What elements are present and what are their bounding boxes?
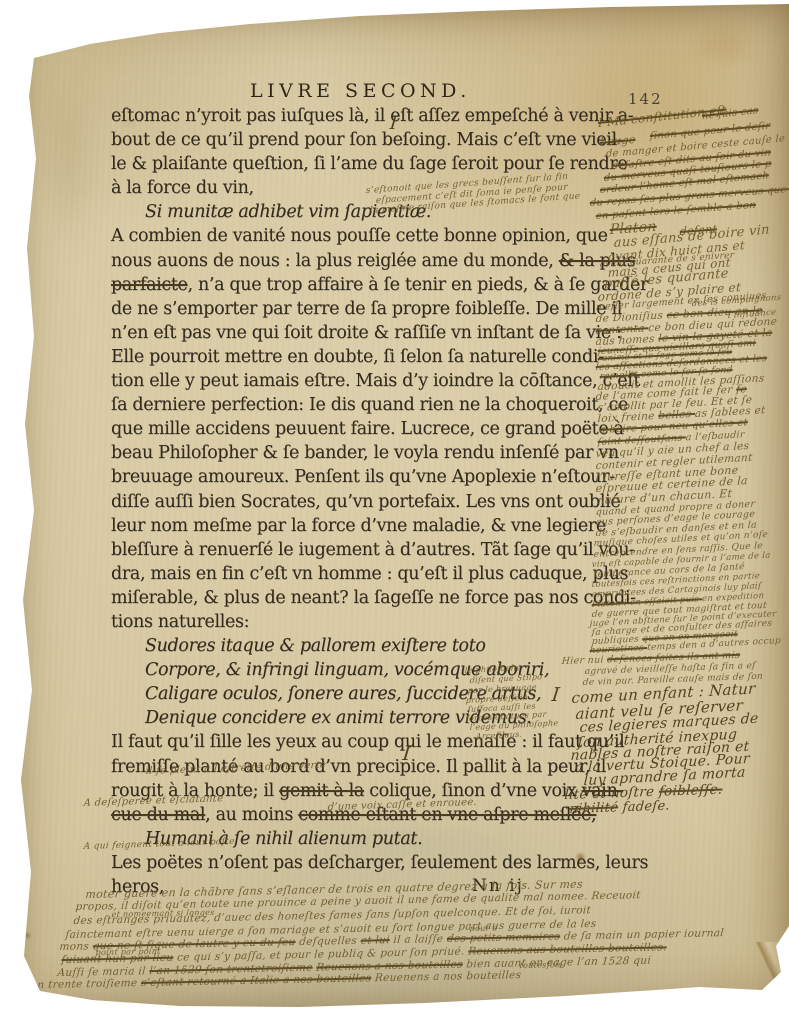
printed-line: n’en eſt pas vne qui ſoit droite & raſſi…	[111, 321, 611, 345]
printed-line: diſſe auſſi bien Socrates, qu’vn portefa…	[111, 490, 611, 514]
printed-line: A combien de vanité nous pouſſe cette bo…	[111, 224, 611, 248]
handwriting: bien auant en eage l’an 1528 qui	[462, 955, 651, 971]
struck-handwriting: des petits memoires	[446, 931, 560, 945]
print-text: n’en eſt pas vne qui ſoit droite & raſſi…	[111, 323, 622, 343]
print-text: Sudores itaque & pallorem exiſtere toto	[145, 636, 486, 656]
struck-handwriting: s’eſtant retourné	[141, 975, 241, 989]
printed-line: tion elle y peut iamais eſtre. Mais d’y …	[111, 369, 611, 393]
printed-line: dra, mais en fin c’eſt vn homme : qu’eſt…	[111, 562, 611, 586]
paper-stain	[688, 962, 780, 1004]
print-text: dra, mais en fin c’eſt vn homme : qu’eſt…	[111, 564, 628, 584]
handwriting: il a laiſſe	[389, 933, 447, 946]
print-text: A combien de vanité nous pouſſe cette bo…	[111, 226, 608, 246]
printed-line: leur nom meſme par la force d’vne maladi…	[111, 514, 611, 538]
quire-mark: 3	[20, 876, 30, 894]
handwritten-annotation: nihilité fadeſe.	[569, 798, 670, 817]
print-text: à la force du vin,	[111, 178, 254, 198]
handwriting: fadeſe.	[618, 798, 671, 815]
printed-line: parfaicte, n’a que trop affaire à ſe ten…	[111, 273, 611, 297]
handwriting: mons	[59, 940, 93, 953]
handwriting: Hier nui	[561, 654, 607, 667]
struck-print-text: cue du mal	[111, 805, 205, 825]
printed-line: de ne s’emporter par terre de ſa propre …	[111, 297, 611, 321]
print-text: tions naturelles:	[111, 612, 249, 632]
printed-line: Sudores itaque & pallorem exiſtere toto	[111, 634, 611, 658]
print-text: leur nom meſme par la force d’vne maladi…	[111, 516, 606, 536]
handwriting: Reuenens a nos bouteilles	[371, 969, 522, 984]
printed-line: Il faut qu’il ſille les yeux au coup qui…	[111, 730, 611, 754]
print-text: diſſe auſſi bien Socrates, qu’vn portefa…	[111, 492, 620, 512]
print-text: bout de ce qu’il prend pour ſon beſoing.…	[111, 130, 622, 150]
printed-line: bleſſure à renuerſé le iugement à d’autr…	[111, 538, 611, 562]
print-text: eſtomac n’yroit pas iuſques là, il eſt a…	[111, 106, 633, 126]
printed-line: breuuage amoureux. Penſent ils qu’vne Ap…	[111, 465, 611, 489]
handwriting: de ſa main un papier iournal	[560, 927, 725, 942]
print-text: le & plaiſante queſtion, ſi l’ame du ſag…	[111, 154, 627, 174]
printed-line: le & plaiſante queſtion, ſi l’ame du ſag…	[111, 152, 611, 176]
struck-handwriting: a nos bouteilles	[283, 972, 372, 986]
print-text: Il faut qu’il ſille les yeux au coup qui…	[111, 732, 624, 752]
print-text: de ne s’emporter par terre de ſa propre …	[111, 299, 622, 319]
printed-line: miſerable, & plus de neant? la ſageſſe n…	[111, 586, 611, 610]
struck-handwriting: a Italie	[239, 974, 283, 987]
printed-line: tions naturelles:	[111, 610, 611, 634]
scanned-book-page-photo: LIVRE SECOND. 142 eſtomac n’yroit pas iu…	[0, 0, 789, 1024]
print-text: nous auons de nous : la plus reiglée ame…	[111, 251, 559, 271]
print-text: beau Philoſopher & ſe bander, le voyla r…	[111, 443, 619, 463]
printed-line: Elle pourroit mettre en doubte, ſi ſelon…	[111, 345, 611, 369]
print-text: bleſſure à renuerſé le iugement à d’autr…	[111, 540, 635, 560]
print-text: que mille accidens peuuent faire. Lucrec…	[111, 419, 624, 439]
print-text: Les poëtes n’oſent pas deſcharger, ſeule…	[111, 853, 648, 873]
struck-print-text: parfaicte	[111, 275, 188, 295]
book-page: LIVRE SECOND. 142 eſtomac n’yroit pas iu…	[0, 0, 789, 1024]
printed-line: bout de ce qu’il prend pour ſon beſoing.…	[111, 128, 611, 152]
print-text: miſerable, & plus de neant? la ſageſſe n…	[111, 588, 636, 608]
print-text: Elle pourroit mettre en doubte, ſi ſelon…	[111, 347, 604, 367]
struck-handwriting: nihilité	[569, 800, 619, 817]
print-text: , au moins	[205, 805, 298, 825]
printed-line: Les poëtes n’oſent pas deſcharger, ſeule…	[111, 851, 611, 875]
struck-handwriting: et lui	[360, 934, 390, 947]
printed-line: ſa derniere perfection: Ie dis quand rie…	[111, 393, 611, 417]
printed-line: eſtomac n’yroit pas iuſques là, il eſt a…	[111, 104, 611, 128]
printed-text-block: eſtomac n’yroit pas iuſques là, il eſt a…	[111, 104, 611, 899]
paper-stain	[40, 60, 100, 260]
struck-print-text: gemit à la	[279, 781, 364, 801]
printed-line: beau Philoſopher & ſe bander, le voyla r…	[111, 441, 611, 465]
struck-handwriting: foibleſſe.	[658, 781, 723, 799]
struck-handwriting: ſuiuant	[61, 953, 106, 966]
handwriting: deſquelles	[295, 935, 361, 948]
paper-stain	[690, 18, 760, 70]
printed-line: que mille accidens peuuent faire. Lucrec…	[111, 417, 611, 441]
running-title: LIVRE SECOND.	[250, 80, 471, 102]
struck-handwriting: hun par lieu	[105, 952, 174, 965]
paper-stain	[24, 932, 31, 939]
printed-line: nous auons de nous : la plus reiglée ame…	[111, 249, 611, 273]
page-corner-fold	[752, 942, 789, 992]
print-text: tion elle y peut iamais eſtre. Mais d’y …	[111, 371, 640, 391]
print-text: , n’a que trop affaire à ſe tenir en pie…	[188, 275, 649, 295]
handwriting: ſtoit ſon trente troiſieme	[0, 977, 142, 992]
print-text: ſa derniere perfection: Ie dis quand rie…	[111, 395, 628, 415]
print-text: breuuage amoureux. Penſent ils qu’vne Ap…	[111, 467, 615, 487]
